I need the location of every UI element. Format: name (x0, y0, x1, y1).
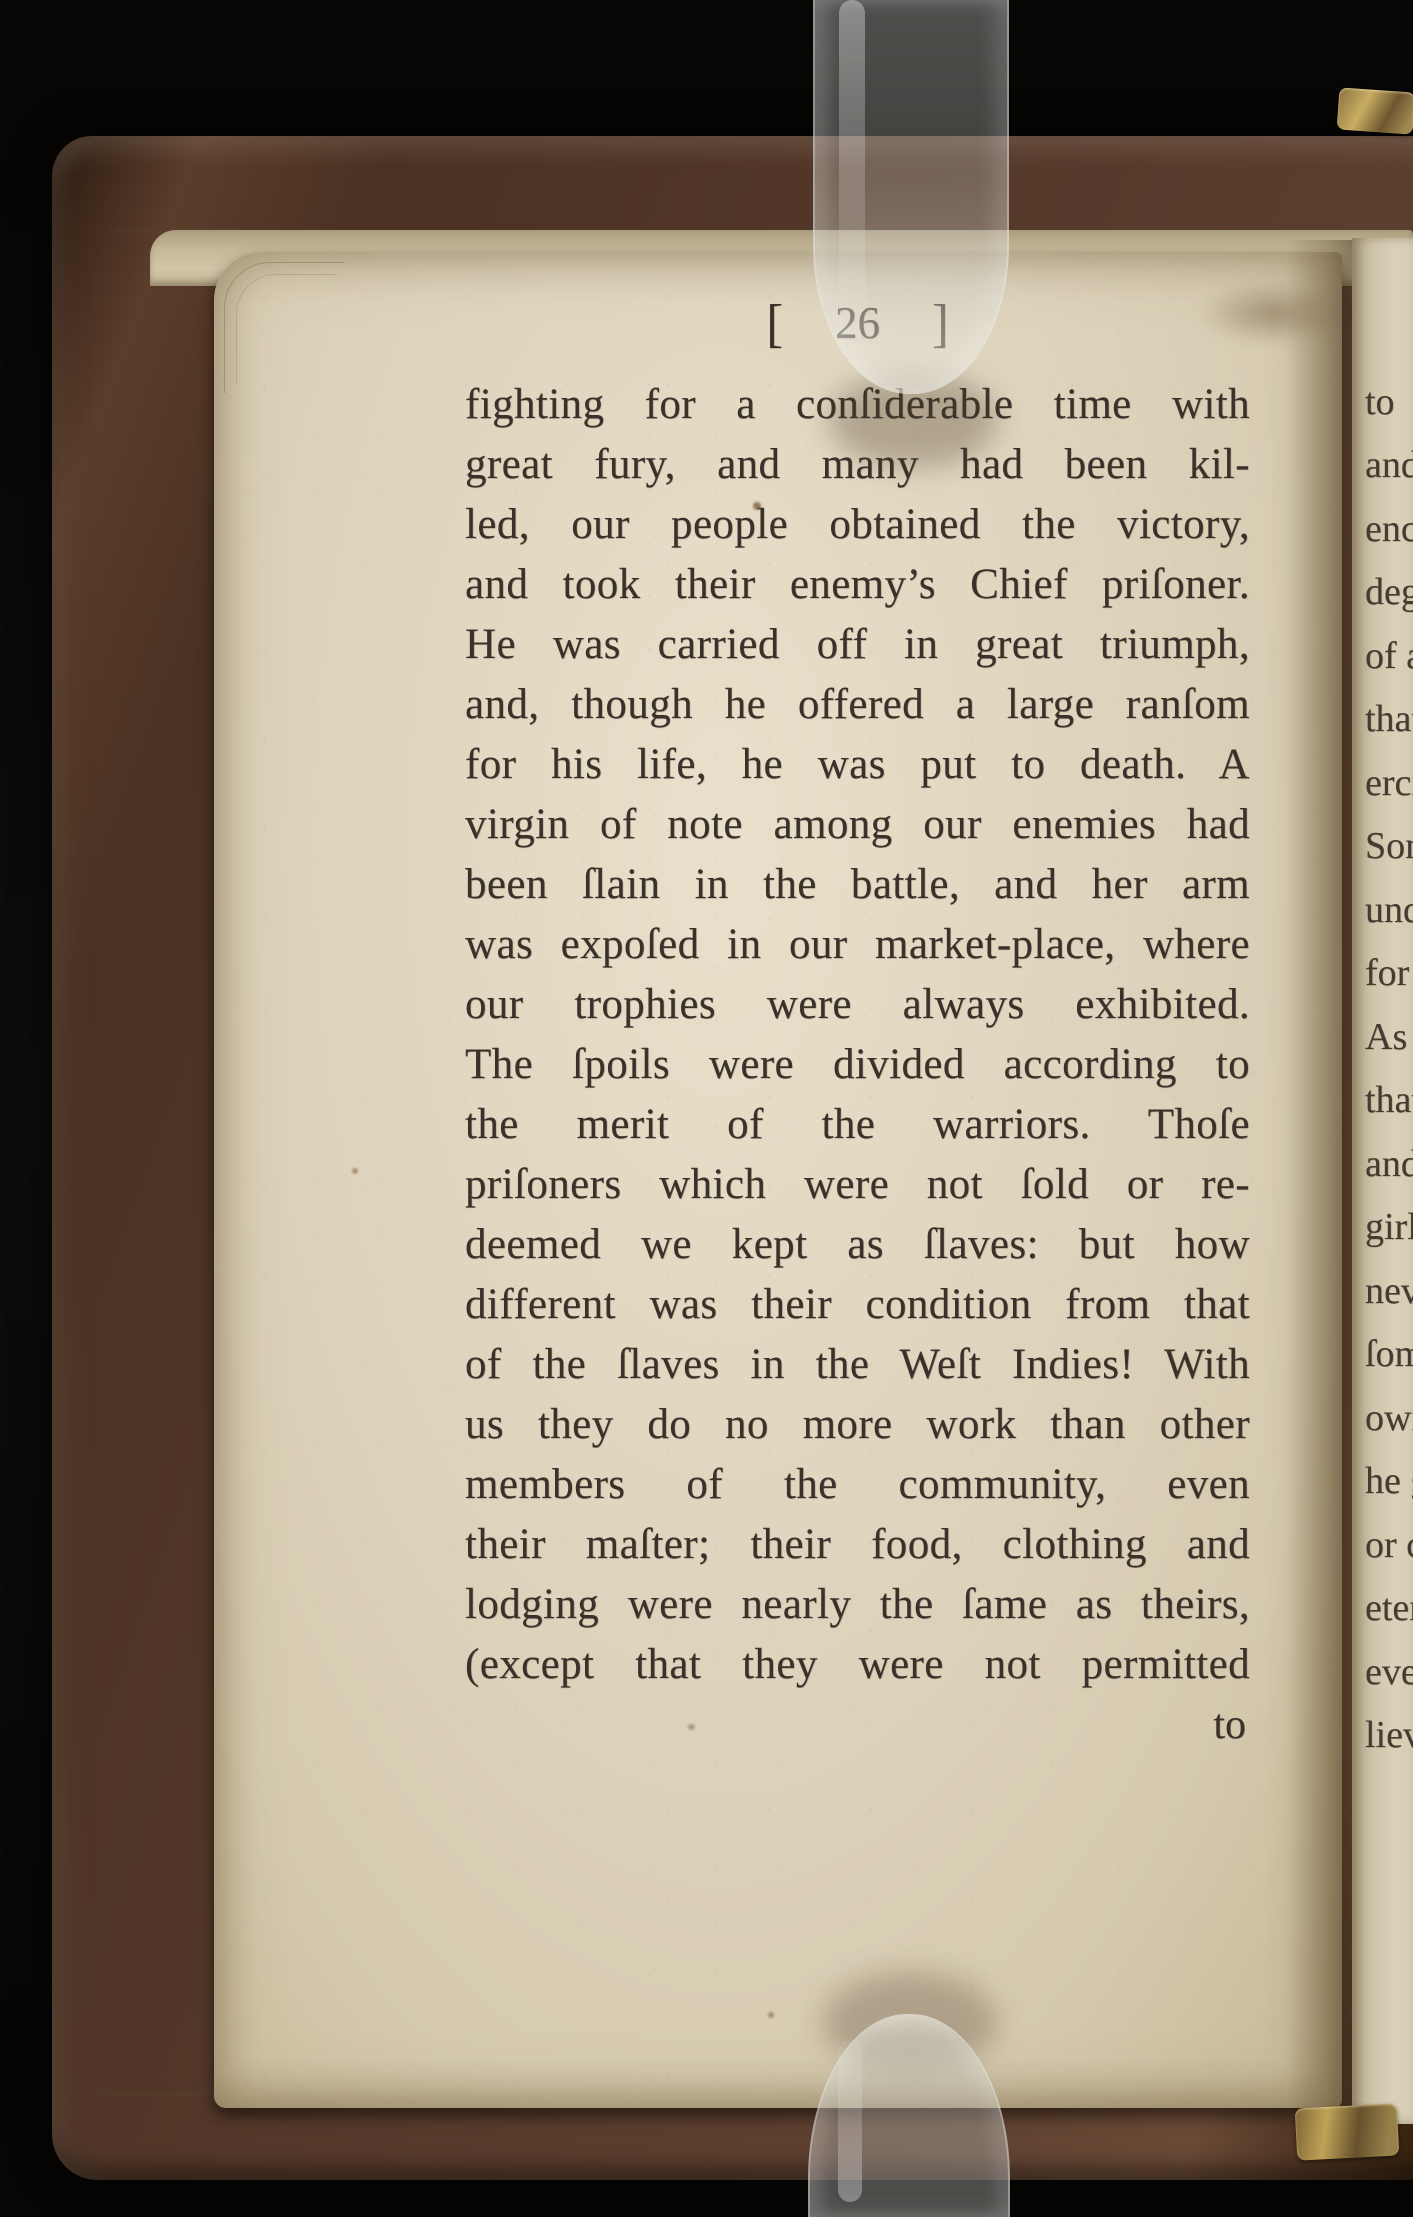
header-open-bracket: [ (766, 293, 783, 354)
sliver-line: Some (1365, 824, 1413, 868)
body-line: their maſter; their food, clothing and (465, 1515, 1250, 1575)
body-line: (except that they were not permitted (465, 1635, 1250, 1695)
body-line: great fury, and many had been kil- (465, 435, 1250, 495)
body-line: different was their condition from that (465, 1275, 1250, 1335)
body-line: was expoſed in our market-place, where (465, 915, 1250, 975)
sliver-line: own (1365, 1396, 1413, 1440)
sliver-line: he go (1365, 1459, 1413, 1503)
sliver-line: of a f (1365, 634, 1413, 678)
sliver-line: lieve (1365, 1713, 1413, 1757)
sliver-line: that (1365, 1078, 1413, 1122)
sliver-line: to (1365, 380, 1395, 424)
sliver-line: or ca (1365, 1523, 1413, 1567)
facing-page-sliver: to and ence degre of a f that a erciſe S… (1352, 238, 1413, 2124)
sliver-line: and (1365, 443, 1413, 487)
body-line: virgin of note among our enemies had (465, 795, 1250, 855)
body-line: priſoners which were not ſold or re- (465, 1155, 1250, 1215)
sliver-line: ſome (1365, 1332, 1413, 1376)
sliver-line: girl (1365, 1205, 1413, 1249)
catchword: to (465, 1695, 1250, 1755)
gutter-shadow (1286, 240, 1358, 2120)
body-line: led, our people obtained the victory, (465, 495, 1250, 555)
body-line: deemed we kept as ſlaves: but how (465, 1215, 1250, 1275)
body-line: The ſpoils were divided according to (465, 1035, 1250, 1095)
body-line: and, though he offered a large ranſom (465, 675, 1250, 735)
body-line: us they do no more work than other (465, 1395, 1250, 1455)
body-line: our trophies were always exhibited. (465, 975, 1250, 1035)
gilded-edge-bottom (1295, 2103, 1400, 2160)
body-line: been ſlain in the battle, and her arm (465, 855, 1250, 915)
sliver-line: ence (1365, 507, 1413, 551)
sliver-line: As (1365, 1015, 1407, 1059)
sliver-line: that a (1365, 697, 1413, 741)
book-photo: [ 26 ] fighting for a conſiderable time … (0, 0, 1413, 2217)
sliver-line: for th (1365, 951, 1413, 995)
body-line: and took their enemy’s Chief priſoner. (465, 555, 1250, 615)
page-number-header: [ 26 ] (465, 296, 1250, 350)
body-line: fighting for a conſiderable time with (465, 375, 1250, 435)
body-line: of the ſlaves in the Weſt Indies! With (465, 1335, 1250, 1395)
page-number: 26 (835, 297, 880, 349)
sliver-line: eterr (1365, 1586, 1413, 1630)
sliver-line: and (1365, 1142, 1413, 1186)
body-line: for his life, he was put to death. A (465, 735, 1250, 795)
body-line: members of the community, even (465, 1455, 1250, 1515)
body-line: lodging were nearly the ſame as theirs, (465, 1575, 1250, 1635)
sliver-line: neve (1365, 1269, 1413, 1313)
sliver-line: unde (1365, 888, 1413, 932)
sliver-line: degre (1365, 570, 1413, 614)
gilded-edge-top (1337, 87, 1413, 134)
body-line: He was carried off in great triumph, (465, 615, 1250, 675)
sliver-line: erciſe (1365, 761, 1413, 805)
page-text-block: [ 26 ] fighting for a conſiderable time … (465, 252, 1250, 1755)
header-close-bracket: ] (932, 293, 949, 354)
sliver-line: ever (1365, 1650, 1413, 1694)
body-line: the merit of the warriors. Thoſe (465, 1095, 1250, 1155)
